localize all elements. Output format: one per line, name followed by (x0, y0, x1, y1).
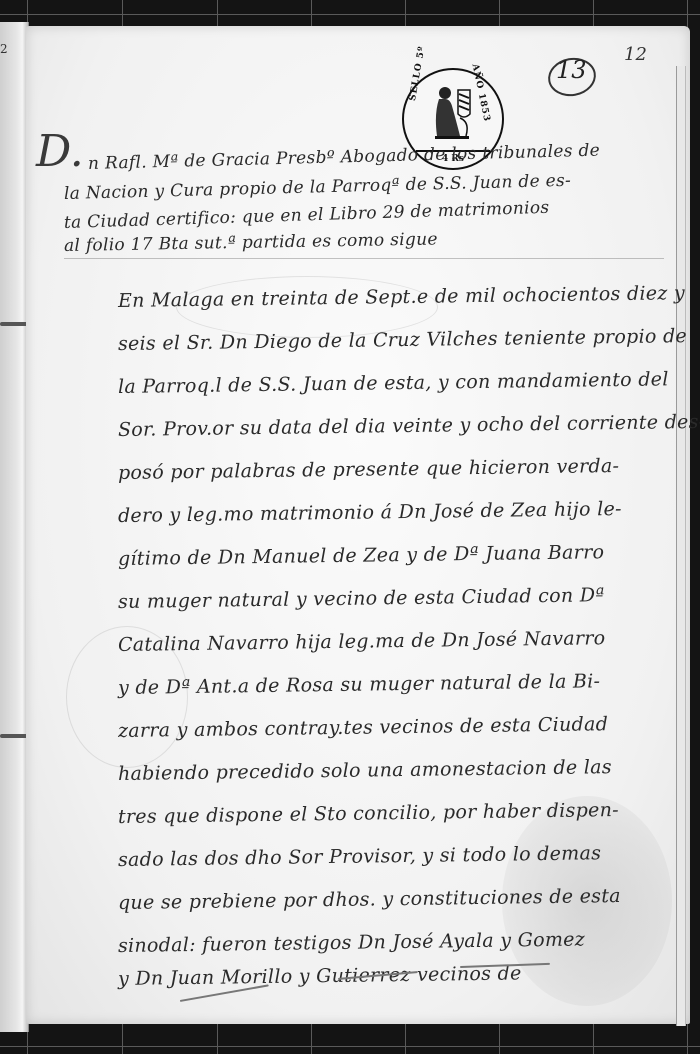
binding-thread (0, 734, 28, 738)
header-initial: D. (36, 126, 84, 177)
header-underline (64, 258, 664, 259)
page-edge (676, 66, 686, 1026)
binding-thread (0, 322, 28, 326)
previous-page-edge: 2 (0, 22, 29, 1032)
seated-figure-icon (430, 84, 476, 142)
folio-number: 13 (556, 56, 587, 84)
folio-number-old: 12 (624, 44, 647, 65)
